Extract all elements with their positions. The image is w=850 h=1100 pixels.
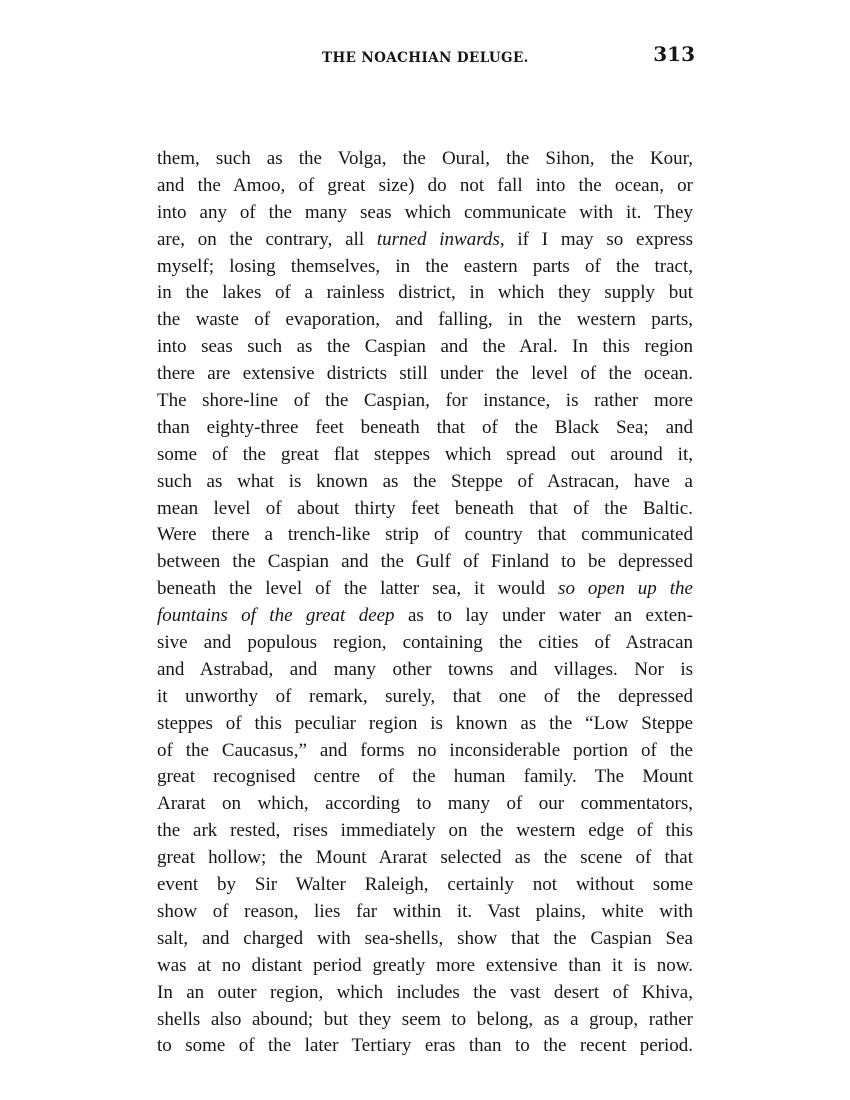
body-text: them, such as the Volga, the Oural, the … [157,146,693,1060]
text-line: Ararat on which, according to many of ou… [157,791,693,818]
text-line: fountains of the great deep as to lay un… [157,603,693,630]
text-line: event by Sir Walter Raleigh, certainly n… [157,872,693,899]
text-line: The shore-line of the Caspian, for insta… [157,388,693,415]
text-line: than eighty-three feet beneath that of t… [157,415,693,442]
text-line: shells also abound; but they seem to bel… [157,1007,693,1034]
text-line: and Astrabad, and many other towns and v… [157,657,693,684]
text-line: between the Caspian and the Gulf of Finl… [157,549,693,576]
text-line: the ark rested, rises immediately on the… [157,818,693,845]
text-line: Were there a trench-like strip of countr… [157,522,693,549]
text-line: into seas such as the Caspian and the Ar… [157,334,693,361]
italic-emphasis: so open up the [558,578,693,599]
text-line: the waste of evaporation, and falling, i… [157,307,693,334]
text-line: into any of the many seas which communic… [157,200,693,227]
text-line: show of reason, lies far within it. Vast… [157,899,693,926]
running-title: THE NOACHIAN DELUGE. [322,50,529,66]
text-line: mean level of about thirty feet beneath … [157,496,693,523]
text-line: steppes of this peculiar region is known… [157,711,693,738]
text-line: and the Amoo, of great size) do not fall… [157,173,693,200]
text-line: there are extensive districts still unde… [157,361,693,388]
text-line: salt, and charged with sea-shells, show … [157,926,693,953]
text-line: great hollow; the Mount Ararat selected … [157,845,693,872]
text-line: such as what is known as the Steppe of A… [157,469,693,496]
italic-emphasis: turned inwards [377,229,500,250]
running-head: THE NOACHIAN DELUGE. 313 [157,44,697,74]
text-line: them, such as the Volga, the Oural, the … [157,146,693,173]
text-line: beneath the level of the latter sea, it … [157,576,693,603]
italic-emphasis: fountains of the great deep [157,605,395,626]
text-line: some of the great flat steppes which spr… [157,442,693,469]
book-page: THE NOACHIAN DELUGE. 313 them, such as t… [0,0,850,1100]
text-line: sive and populous region, containing the… [157,630,693,657]
text-line: was at no distant period greatly more ex… [157,953,693,980]
page-number: 313 [653,42,695,66]
text-line: to some of the later Tertiary eras than … [157,1033,693,1060]
text-line: it unworthy of remark, surely, that one … [157,684,693,711]
text-line: in the lakes of a rainless district, in … [157,280,693,307]
text-line: of the Caucasus,” and forms no inconside… [157,738,693,765]
text-line: myself; losing themselves, in the easter… [157,254,693,281]
text-line: are, on the contrary, all turned inwards… [157,227,693,254]
text-line: great recognised centre of the human fam… [157,764,693,791]
text-line: In an outer region, which includes the v… [157,980,693,1007]
